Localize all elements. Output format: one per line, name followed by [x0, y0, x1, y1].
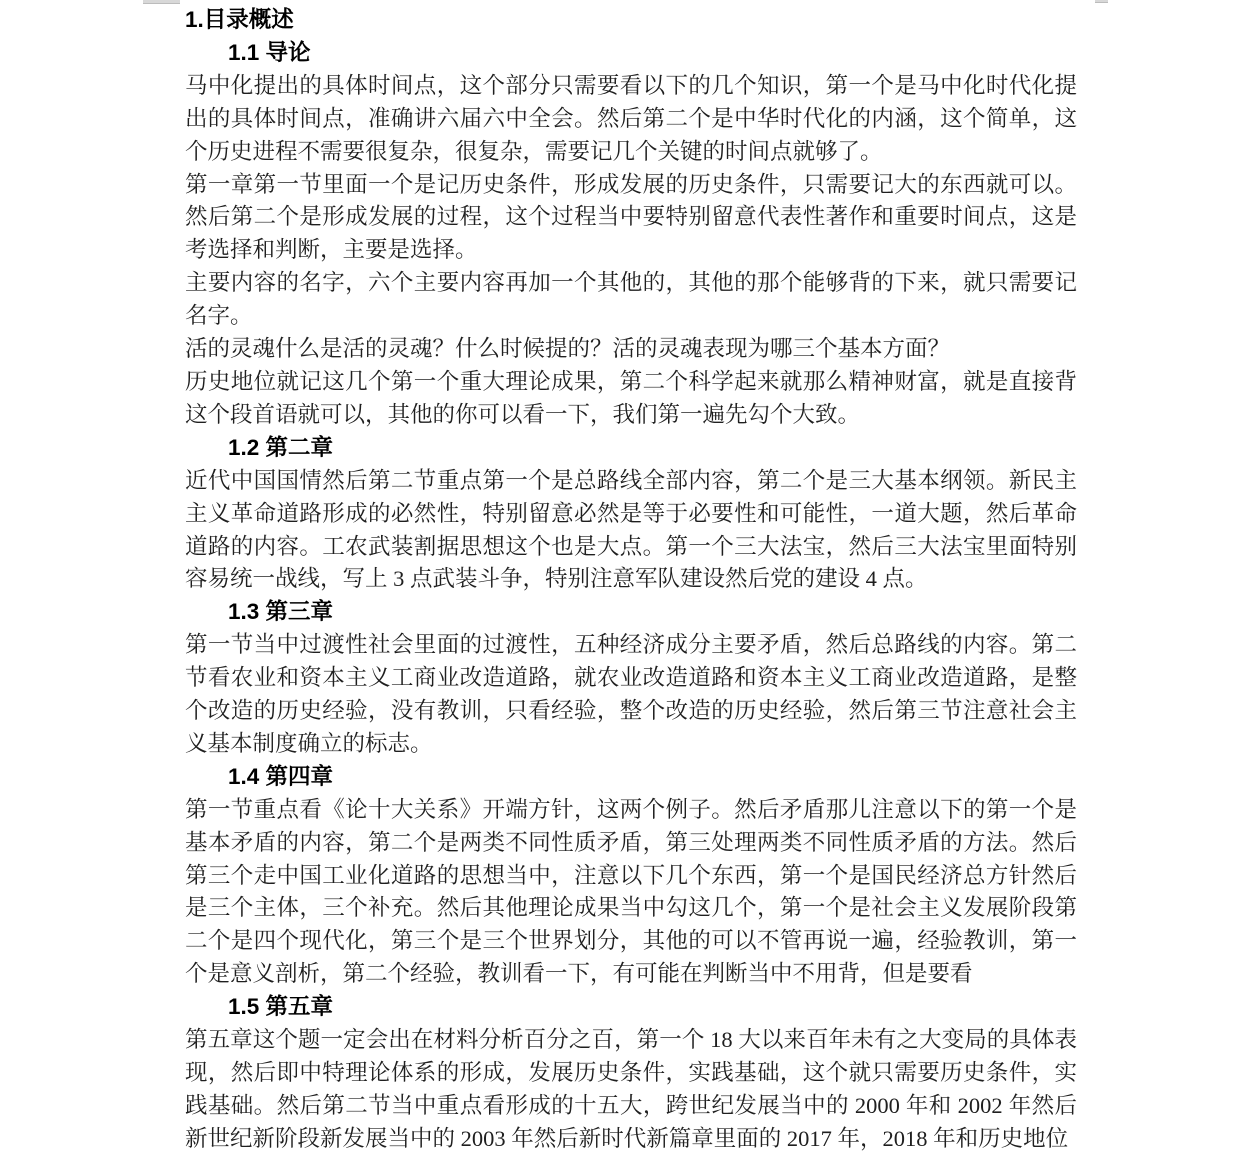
heading-1-4-chapter4: 1.4 第四章 [185, 761, 1077, 794]
paragraph: 马中化提出的具体时间点，这个部分只需要看以下的几个知识，第一个是马中化时代化提出… [185, 70, 1077, 169]
paragraph: 第一节当中过渡性社会里面的过渡性，五种经济成分主要矛盾，然后总路线的内容。第二节… [185, 629, 1077, 761]
paragraph: 第五章这个题一定会出在材料分析百分之百，第一个 18 大以来百年未有之大变局的具… [185, 1024, 1077, 1156]
top-edge-ui-fragment-left [143, 0, 180, 4]
paragraph: 第一章第一节里面一个是记历史条件，形成发展的历史条件，只需要记大的东西就可以。然… [185, 169, 1077, 268]
paragraph: 近代中国国情然后第二节重点第一个是总路线全部内容，第二个是三大基本纲领。新民主主… [185, 465, 1077, 597]
paragraph: 活的灵魂什么是活的灵魂？什么时候提的？活的灵魂表现为哪三个基本方面？ [185, 333, 1077, 366]
paragraph: 历史地位就记这几个第一个重大理论成果，第二个科学起来就那么精神财富，就是直接背这… [185, 366, 1077, 432]
heading-1-5-chapter5: 1.5 第五章 [185, 991, 1077, 1024]
top-edge-ui-fragment-right [1095, 0, 1108, 3]
heading-1-3-chapter3: 1.3 第三章 [185, 596, 1077, 629]
heading-1-2-chapter2: 1.2 第二章 [185, 432, 1077, 465]
paragraph: 第一节重点看《论十大关系》开端方针，这两个例子。然后矛盾那儿注意以下的第一个是基… [185, 794, 1077, 991]
paragraph: 主要内容的名字，六个主要内容再加一个其他的，其他的那个能够背的下来，就只需要记名… [185, 267, 1077, 333]
heading-1-overview: 1.目录概述 [185, 4, 1077, 37]
heading-1-1-intro: 1.1 导论 [185, 37, 1077, 70]
document-page: 1.目录概述 1.1 导论 马中化提出的具体时间点，这个部分只需要看以下的几个知… [185, 4, 1077, 1156]
